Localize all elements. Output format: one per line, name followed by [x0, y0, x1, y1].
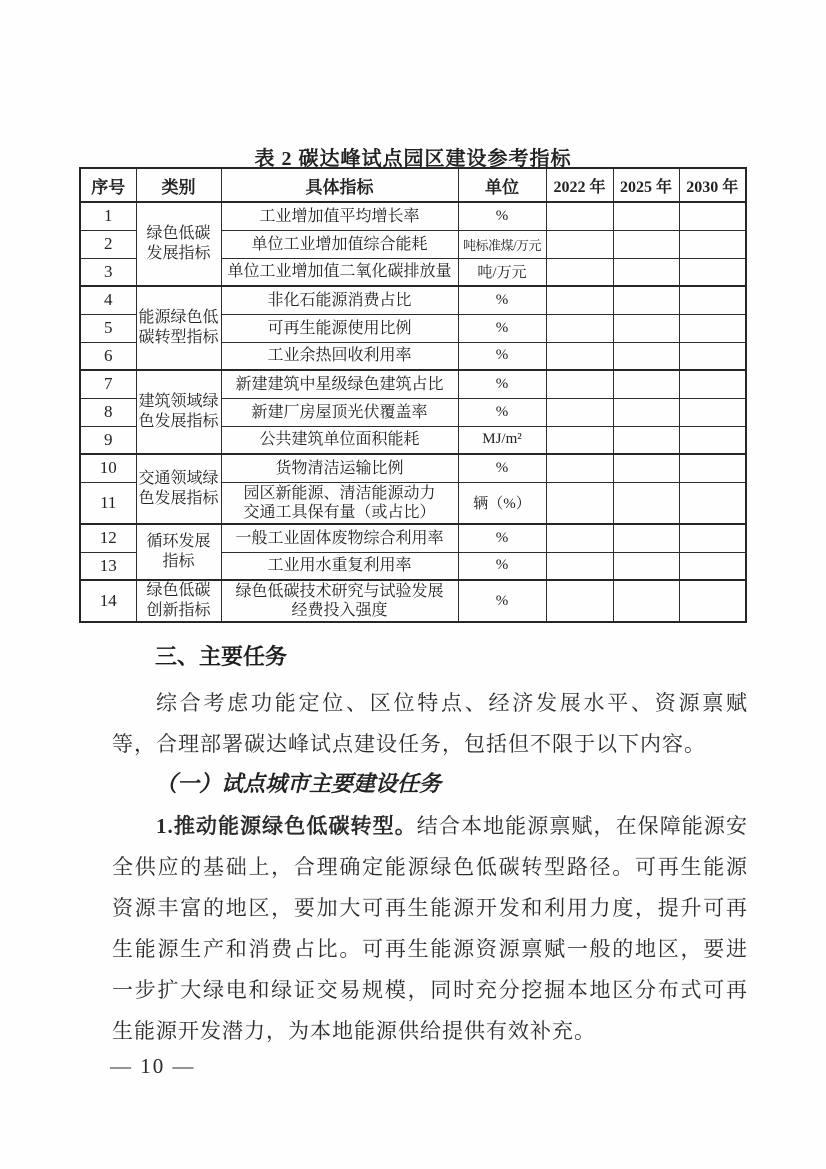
task-paragraph: 1.推动能源绿色低碳转型。结合本地能源禀赋，在保障能源安全供应的基础上，合理确定…: [112, 806, 748, 1052]
unit-cell: %: [458, 202, 546, 230]
indicator-cell: 新建建筑中星级绿色建筑占比: [221, 370, 458, 398]
indicator-cell: 公共建筑单位面积能耗: [221, 426, 458, 454]
year-2025-cell: [613, 202, 679, 230]
year-2030-cell: [679, 314, 746, 342]
unit-cell: %: [458, 454, 546, 482]
table-row: 14 绿色低碳 创新指标 绿色低碳技术研究与试验发展 经费投入强度 %: [80, 580, 746, 622]
indicator-cell: 一般工业固体废物综合利用率: [221, 524, 458, 552]
year-2022-cell: [546, 370, 613, 398]
unit-cell: MJ/m²: [458, 426, 546, 454]
indicators-table: 序号 类别 具体指标 单位 2022 年 2025 年 2030 年 1 绿色低…: [79, 167, 747, 623]
year-2022-cell: [546, 580, 613, 622]
unit-cell: %: [458, 286, 546, 314]
year-2022-cell: [546, 202, 613, 230]
intro-paragraph: 综合考虑功能定位、区位特点、经济发展水平、资源禀赋等，合理部署碳达峰试点建设任务…: [112, 683, 748, 765]
table-header-row: 序号 类别 具体指标 单位 2022 年 2025 年 2030 年: [80, 168, 746, 202]
category-cell: 能源绿色低 碳转型指标: [136, 286, 221, 370]
indicator-cell: 工业用水重复利用率: [221, 552, 458, 580]
year-2030-cell: [679, 342, 746, 370]
row-number-cell: 12: [80, 524, 136, 552]
year-2025-cell: [613, 580, 679, 622]
year-2030-cell: [679, 426, 746, 454]
year-2030-cell: [679, 454, 746, 482]
table-row: 12 循环发展 指标 一般工业固体废物综合利用率 %: [80, 524, 746, 552]
indicator-cell: 货物清洁运输比例: [221, 454, 458, 482]
year-2022-cell: [546, 342, 613, 370]
unit-cell: %: [458, 314, 546, 342]
unit-cell: %: [458, 524, 546, 552]
row-number-cell: 5: [80, 314, 136, 342]
indicator-cell: 园区新能源、清洁能源动力 交通工具保有量（或占比）: [221, 482, 458, 524]
year-2030-cell: [679, 202, 746, 230]
table-row: 4 能源绿色低 碳转型指标 非化石能源消费占比 %: [80, 286, 746, 314]
header-cell-unit: 单位: [458, 168, 546, 202]
header-cell-2022: 2022 年: [546, 168, 613, 202]
row-number-cell: 10: [80, 454, 136, 482]
row-number-cell: 9: [80, 426, 136, 454]
indicator-cell: 新建厂房屋顶光伏覆盖率: [221, 398, 458, 426]
unit-cell: %: [458, 370, 546, 398]
year-2025-cell: [613, 524, 679, 552]
row-number-cell: 13: [80, 552, 136, 580]
year-2022-cell: [546, 314, 613, 342]
page-number: — 10 —: [110, 1054, 826, 1079]
year-2030-cell: [679, 230, 746, 258]
task-lead: 1.推动能源绿色低碳转型。: [156, 814, 417, 838]
category-cell: 循环发展 指标: [136, 524, 221, 580]
unit-cell: %: [458, 552, 546, 580]
row-number-cell: 8: [80, 398, 136, 426]
year-2025-cell: [613, 454, 679, 482]
unit-cell: 吨/万元: [458, 258, 546, 286]
year-2030-cell: [679, 524, 746, 552]
year-2030-cell: [679, 258, 746, 286]
task-body: 结合本地能源禀赋，在保障能源安全供应的基础上，合理确定能源绿色低碳转型路径。可再…: [112, 814, 748, 1043]
year-2025-cell: [613, 426, 679, 454]
unit-cell: 吨标准煤/万元: [458, 230, 546, 258]
year-2030-cell: [679, 552, 746, 580]
indicator-cell: 可再生能源使用比例: [221, 314, 458, 342]
year-2025-cell: [613, 398, 679, 426]
indicator-cell: 工业余热回收利用率: [221, 342, 458, 370]
indicator-cell: 单位工业增加值二氧化碳排放量: [221, 258, 458, 286]
row-number-cell: 6: [80, 342, 136, 370]
row-number-cell: 1: [80, 202, 136, 230]
row-number-cell: 3: [80, 258, 136, 286]
year-2030-cell: [679, 370, 746, 398]
indicator-cell: 单位工业增加值综合能耗: [221, 230, 458, 258]
table-row: 1 绿色低碳 发展指标 工业增加值平均增长率 %: [80, 202, 746, 230]
category-cell: 绿色低碳 创新指标: [136, 580, 221, 622]
header-cell-no: 序号: [80, 168, 136, 202]
year-2030-cell: [679, 398, 746, 426]
year-2025-cell: [613, 258, 679, 286]
unit-cell: %: [458, 580, 546, 622]
year-2025-cell: [613, 314, 679, 342]
year-2025-cell: [613, 482, 679, 524]
year-2022-cell: [546, 398, 613, 426]
row-number-cell: 2: [80, 230, 136, 258]
year-2025-cell: [613, 286, 679, 314]
header-cell-category: 类别: [136, 168, 221, 202]
category-cell: 建筑领域绿 色发展指标: [136, 370, 221, 454]
year-2025-cell: [613, 552, 679, 580]
year-2022-cell: [546, 426, 613, 454]
row-number-cell: 14: [80, 580, 136, 622]
indicator-cell: 工业增加值平均增长率: [221, 202, 458, 230]
unit-cell: %: [458, 342, 546, 370]
indicator-cell: 绿色低碳技术研究与试验发展 经费投入强度: [221, 580, 458, 622]
unit-cell: %: [458, 398, 546, 426]
section-heading: 三、主要任务: [155, 645, 826, 669]
year-2022-cell: [546, 524, 613, 552]
year-2022-cell: [546, 286, 613, 314]
category-cell: 交通领域绿 色发展指标: [136, 454, 221, 524]
subsection-heading: （一）试点城市主要建设任务: [155, 771, 826, 797]
year-2030-cell: [679, 286, 746, 314]
table-row: 7 建筑领域绿 色发展指标 新建建筑中星级绿色建筑占比 %: [80, 370, 746, 398]
header-cell-2025: 2025 年: [613, 168, 679, 202]
year-2025-cell: [613, 370, 679, 398]
year-2022-cell: [546, 230, 613, 258]
year-2025-cell: [613, 342, 679, 370]
year-2022-cell: [546, 552, 613, 580]
year-2022-cell: [546, 482, 613, 524]
row-number-cell: 4: [80, 286, 136, 314]
year-2025-cell: [613, 230, 679, 258]
year-2022-cell: [546, 258, 613, 286]
document-page: 表 2 碳达峰试点园区建设参考指标 序号 类别 具体指标 单位 2022 年 2…: [0, 0, 826, 1169]
year-2030-cell: [679, 482, 746, 524]
row-number-cell: 7: [80, 370, 136, 398]
category-cell: 绿色低碳 发展指标: [136, 202, 221, 286]
table-row: 10 交通领域绿 色发展指标 货物清洁运输比例 %: [80, 454, 746, 482]
unit-cell: 辆（%）: [458, 482, 546, 524]
table-title: 表 2 碳达峰试点园区建设参考指标: [0, 0, 826, 164]
year-2022-cell: [546, 454, 613, 482]
header-cell-indicator: 具体指标: [221, 168, 458, 202]
indicator-cell: 非化石能源消费占比: [221, 286, 458, 314]
year-2030-cell: [679, 580, 746, 622]
row-number-cell: 11: [80, 482, 136, 524]
header-cell-2030: 2030 年: [679, 168, 746, 202]
